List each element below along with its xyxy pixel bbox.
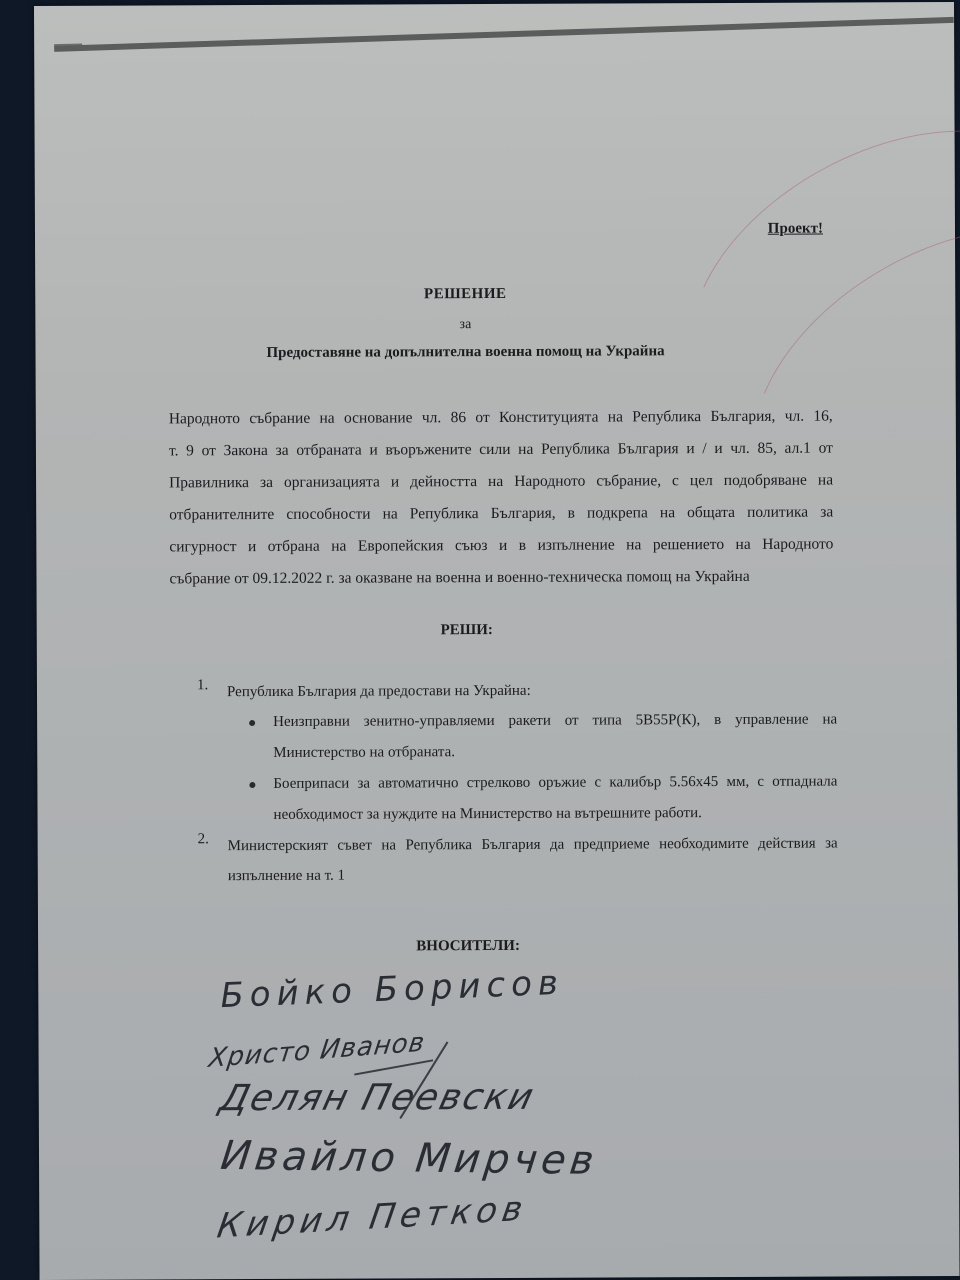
decision-heading: РЕШИ: [37, 620, 897, 641]
item-number: 1. [197, 677, 208, 694]
decision-item-1: 1. Република България да предостави на У… [197, 675, 838, 832]
bullet-text: Боеприпаси за автоматично стрелково оръж… [273, 774, 837, 823]
item-text: Министерският съвет на Република Българи… [228, 829, 838, 892]
signature: Кирил Петков [214, 1189, 530, 1247]
item-bullets: Неизправни зенитно-управляеми ракети от … [197, 705, 838, 832]
bullet-icon [249, 720, 255, 726]
item-number: 2. [198, 831, 209, 848]
header-rule [54, 17, 954, 52]
preamble-line: Правилника за организацията и дейността … [169, 465, 833, 500]
preamble-line: събрание от 09.12.2022 г. за оказване на… [169, 561, 833, 596]
signature: Ивайло Мирчев [218, 1133, 600, 1184]
bullet-text: Неизправни зенитно-управляеми ракети от … [273, 712, 837, 761]
decision-item-2: 2. Министерският съвет на Република Бълг… [198, 829, 838, 892]
preamble-line: отбранителните способности на Република … [169, 497, 833, 532]
preamble-line: сигурност и отбрана на Европейския съюз … [169, 529, 833, 564]
item-text: Република България да предостави на Укра… [227, 675, 837, 708]
preamble-paragraph: Народното събрание на основание чл. 86 о… [169, 401, 834, 596]
signature-block: Бойко Борисов Христо Иванов Делян Пеевск… [178, 968, 699, 1270]
bullet-item: Неизправни зенитно-управляеми ракети от … [273, 705, 837, 769]
draft-mark: Проект! [768, 221, 823, 238]
bullet-icon [249, 782, 255, 788]
preamble-line: Народното събрание на основание чл. 86 о… [169, 401, 833, 436]
decision-list: 1. Република България да предостави на У… [197, 675, 838, 892]
preamble-line: т. 9 от Закона за отбраната и въоръженит… [169, 433, 833, 468]
contributors-heading: ВНОСИТЕЛИ: [38, 936, 898, 957]
bullet-item: Боеприпаси за автоматично стрелково оръж… [273, 767, 837, 831]
document-page: Проект! РЕШЕНИЕ за Предоставяне на допъл… [34, 2, 960, 1280]
signature: Бойко Борисов [220, 963, 565, 1016]
signature: Делян Пеевски [216, 1077, 539, 1119]
